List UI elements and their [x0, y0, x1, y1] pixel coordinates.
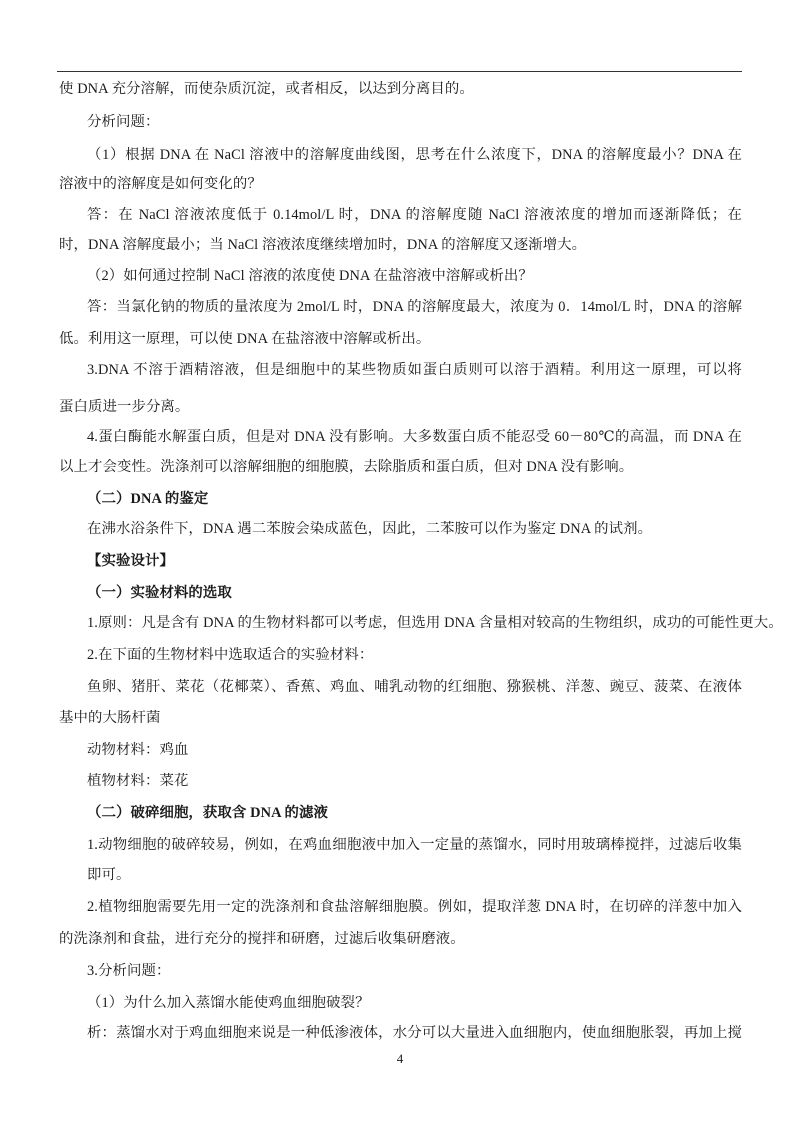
page-number: 4	[0, 1051, 800, 1067]
paragraph-line: 基中的大肠杆菌	[59, 709, 742, 727]
paragraph-line: 在沸水浴条件下，DNA 遇二苯胺会染成蓝色，因此，二苯胺可以作为鉴定 DNA 的…	[87, 520, 742, 538]
paragraph-line: 即可。	[87, 866, 742, 884]
paragraph-line: 低。利用这一原理，可以使 DNA 在盐溶液中溶解或析出。	[59, 330, 742, 348]
paragraph-line: 的洗涤剂和食盐，进行充分的搅拌和研磨，过滤后收集研磨液。	[59, 930, 742, 948]
paragraph-line: 析：蒸馏水对于鸡血细胞来说是一种低渗液体，水分可以大量进入血细胞内，使血细胞胀裂…	[87, 1024, 742, 1042]
paragraph-line: 2.植物细胞需要先用一定的洗涤剂和食盐溶解细胞膜。例如，提取洋葱 DNA 时，在…	[87, 898, 742, 916]
paragraph-line: （1）根据 DNA 在 NaCl 溶液中的溶解度曲线图，思考在什么浓度下，DNA…	[87, 146, 742, 164]
paragraph-line: 3.DNA 不溶于酒精溶液，但是细胞中的某些物质如蛋白质则可以溶于酒精。利用这一…	[87, 361, 742, 379]
paragraph-line: 1.动物细胞的破碎较易，例如，在鸡血细胞液中加入一定量的蒸馏水，同时用玻璃棒搅拌…	[87, 836, 742, 854]
paragraph-line: 答：在 NaCl 溶液浓度低于 0.14mol/L 时，DNA 的溶解度随 Na…	[87, 206, 742, 224]
paragraph-line: 动物材料：鸡血	[87, 741, 742, 759]
section-heading: 【实验设计】	[87, 552, 742, 570]
header-rule	[57, 71, 742, 72]
section-heading: （二）DNA 的鉴定	[87, 490, 742, 508]
section-heading: （二）破碎细胞，获取含 DNA 的滤液	[87, 804, 742, 822]
paragraph-line: 鱼卵、猪肝、菜花（花椰菜）、香蕉、鸡血、哺乳动物的红细胞、猕猴桃、洋葱、豌豆、菠…	[87, 678, 742, 696]
paragraph-line: 2.在下面的生物材料中选取适合的实验材料：	[87, 646, 742, 664]
paragraph-line: （2）如何通过控制 NaCl 溶液的浓度使 DNA 在盐溶液中溶解或析出？	[87, 267, 742, 285]
paragraph-line: 分析问题：	[87, 113, 742, 131]
paragraph-line: （1）为什么加入蒸馏水能使鸡血细胞破裂？	[87, 994, 742, 1012]
paragraph-line: 使 DNA 充分溶解，而使杂质沉淀，或者相反，以达到分离目的。	[59, 80, 742, 98]
paragraph-line: 时，DNA 溶解度最小；当 NaCl 溶液浓度继续增加时，DNA 的溶解度又逐渐…	[59, 236, 742, 254]
paragraph-line: 溶液中的溶解度是如何变化的？	[59, 175, 742, 193]
paragraph-line: 以上才会变性。洗涤剂可以溶解细胞的细胞膜，去除脂质和蛋白质，但对 DNA 没有影…	[59, 458, 742, 476]
paragraph-line: 1.原则：凡是含有 DNA 的生物材料都可以考虑，但选用 DNA 含量相对较高的…	[87, 614, 742, 632]
paragraph-line: 答：当氯化钠的物质的量浓度为 2mol/L 时，DNA 的溶解度最大，浓度为 0…	[87, 298, 742, 316]
section-heading: （一）实验材料的选取	[87, 584, 742, 602]
paragraph-line: 植物材料：菜花	[87, 772, 742, 790]
paragraph-line: 蛋白质进一步分离。	[59, 398, 742, 416]
paragraph-line: 3.分析问题：	[87, 962, 742, 980]
paragraph-line: 4.蛋白酶能水解蛋白质，但是对 DNA 没有影响。大多数蛋白质不能忍受 60－8…	[87, 428, 742, 446]
